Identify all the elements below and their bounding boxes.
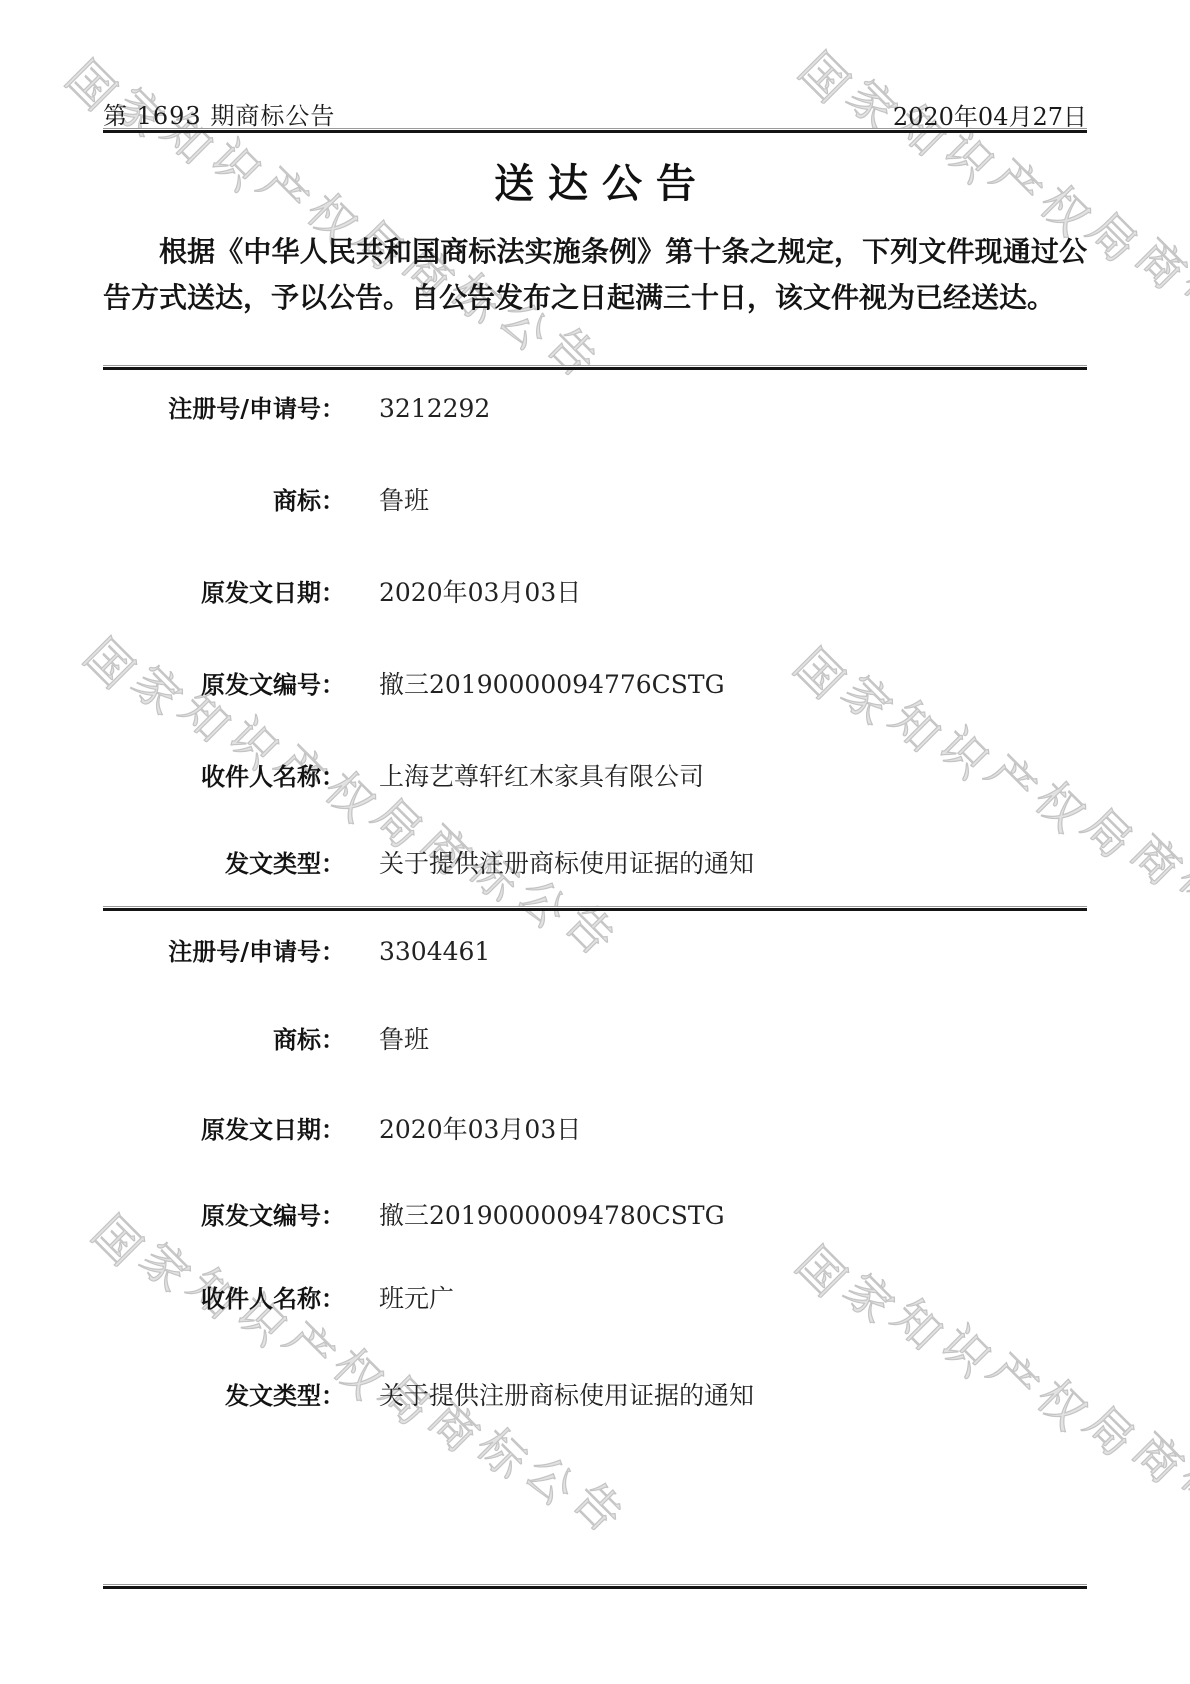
field-row: 原发文日期： 2020年03月03日 [103,1110,1087,1146]
intro-rule [103,365,1087,370]
field-label: 原发文日期： [103,1110,345,1145]
field-value: 关于提供注册商标使用证据的通知 [379,1376,754,1412]
field-label: 收件人名称： [103,757,345,792]
field-value: 关于提供注册商标使用证据的通知 [379,844,754,880]
field-row: 商标： 鲁班 [103,481,1087,517]
field-value: 3212292 [379,394,490,423]
field-label: 原发文日期： [103,573,345,608]
document-content: 第 1693 期商标公告 2020年04月27日 送 达 公 告 根据《中华人民… [0,0,1190,1684]
field-label: 注册号/申请号： [103,389,345,424]
field-label: 注册号/申请号： [103,932,345,967]
field-value: 鲁班 [379,481,429,517]
field-value: 3304461 [379,937,490,966]
issue-label: 第 1693 期商标公告 [103,96,335,131]
field-label: 原发文编号： [103,665,345,700]
field-value: 鲁班 [379,1020,429,1056]
field-value: 班元广 [379,1279,454,1315]
field-row: 发文类型： 关于提供注册商标使用证据的通知 [103,1376,1087,1412]
header-rule [103,128,1087,133]
field-row: 注册号/申请号： 3304461 [103,932,1087,967]
field-value: 上海艺尊轩红木家具有限公司 [379,757,704,793]
field-label: 原发文编号： [103,1196,345,1231]
field-row: 注册号/申请号： 3212292 [103,389,1087,424]
field-row: 原发文日期： 2020年03月03日 [103,573,1087,609]
field-row: 收件人名称： 班元广 [103,1279,1087,1315]
gazette-date: 2020年04月27日 [893,97,1087,132]
field-label: 商标： [103,1020,345,1055]
field-label: 商标： [103,481,345,516]
record-separator-rule [103,906,1087,911]
field-value: 2020年03月03日 [379,573,581,609]
field-value: 2020年03月03日 [379,1110,581,1146]
field-row: 原发文编号： 撤三20190000094780CSTG [103,1196,1087,1232]
gazette-page: 国家知识产权局商标公告 国家知识产权局商标公告 国家知识产权局商标公告 国家知识… [0,0,1190,1684]
intro-paragraph: 根据《中华人民共和国商标法实施条例》第十条之规定，下列文件现通过公告方式送达，予… [103,229,1087,321]
field-row: 原发文编号： 撤三20190000094776CSTG [103,665,1087,701]
field-label: 发文类型： [103,844,345,879]
field-label: 收件人名称： [103,1279,345,1314]
field-row: 发文类型： 关于提供注册商标使用证据的通知 [103,844,1087,880]
field-value: 撤三20190000094776CSTG [379,665,725,701]
field-row: 商标： 鲁班 [103,1020,1087,1056]
field-label: 发文类型： [103,1376,345,1411]
bottom-rule [103,1584,1087,1589]
page-title: 送 达 公 告 [103,152,1087,209]
field-value: 撤三20190000094780CSTG [379,1196,725,1232]
field-row: 收件人名称： 上海艺尊轩红木家具有限公司 [103,757,1087,793]
